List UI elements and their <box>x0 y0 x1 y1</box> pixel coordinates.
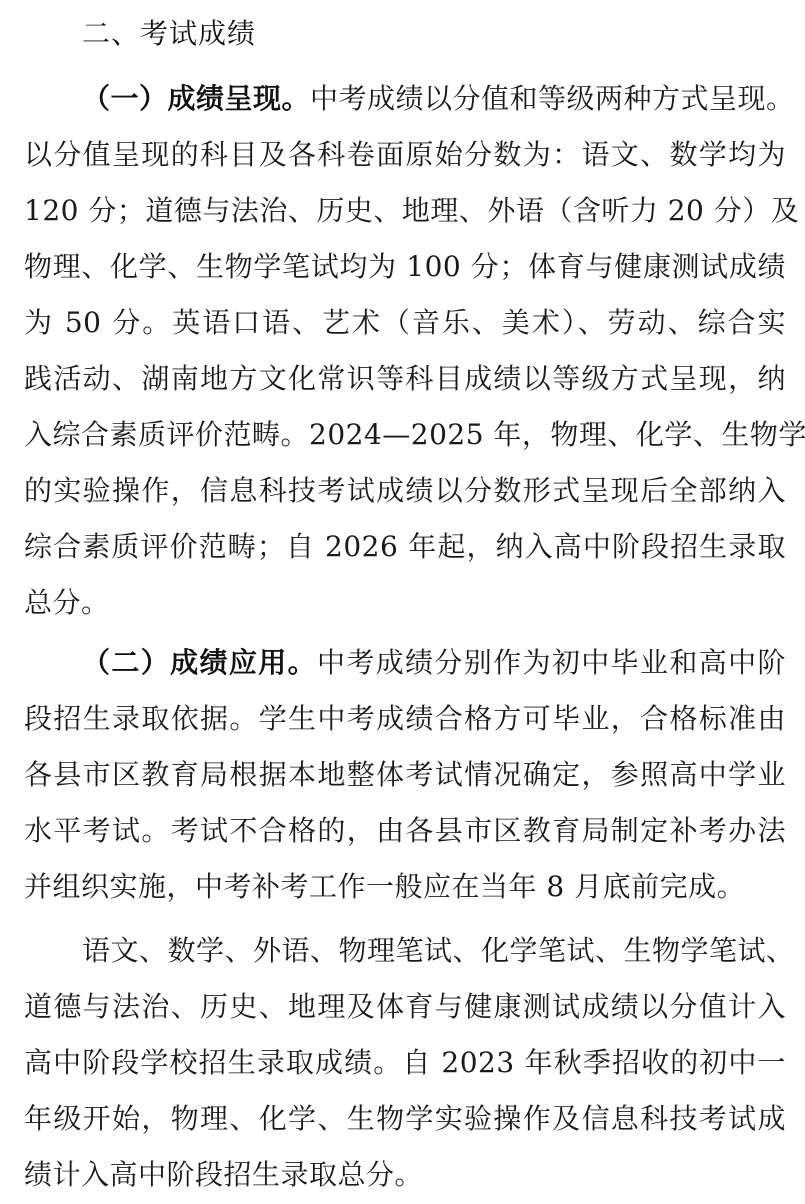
paragraph-line: 120 分；道德与法治、历史、地理、外语（含听力 20 分）及 <box>24 191 786 231</box>
paragraph-line: 水平考试。考试不合格的，由各县市区教育局制定补考办法 <box>24 811 786 851</box>
paragraph-line: 绩计入高中阶段招生录取总分。 <box>24 1155 786 1195</box>
paragraph-line: 语文、数学、外语、物理笔试、化学笔试、生物学笔试、 <box>82 931 786 971</box>
paragraph-line: （一）成绩呈现。中考成绩以分值和等级两种方式呈现。 <box>82 79 786 119</box>
paragraph-line: 践活动、湖南地方文化常识等科目成绩以等级方式呈现，纳 <box>24 359 786 399</box>
paragraph-line: 的实验操作，信息科技考试成绩以分数形式呈现后全部纳入 <box>24 471 786 511</box>
paragraph-line: 总分。 <box>24 583 786 623</box>
paragraph-line: 高中阶段学校招生录取成绩。自 2023 年秋季招收的初中一 <box>24 1043 786 1083</box>
subsection-title: （二）成绩应用。 <box>82 646 317 679</box>
paragraph-line: 综合素质评价范畴；自 2026 年起，纳入高中阶段招生录取 <box>24 527 786 567</box>
paragraph-line: 道德与法治、历史、地理及体育与健康测试成绩以分值计入 <box>24 987 786 1027</box>
paragraph-line: 各县市区教育局根据本地整体考试情况确定，参照高中学业 <box>24 755 786 795</box>
paragraph-line: 以分值呈现的科目及各科卷面原始分数为：语文、数学均为 <box>24 135 786 175</box>
paragraph-line: 段招生录取依据。学生中考成绩合格方可毕业，合格标准由 <box>24 699 786 739</box>
paragraph-line: 入综合素质评价范畴。2024—2025 年，物理、化学、生物学 <box>24 415 786 455</box>
section-heading: 二、考试成绩 <box>82 14 256 54</box>
paragraph-line: 物理、化学、生物学笔试均为 100 分；体育与健康测试成绩 <box>24 247 786 287</box>
paragraph-line: 年级开始，物理、化学、生物学实验操作及信息科技考试成 <box>24 1099 786 1139</box>
paragraph-line: 为 50 分。英语口语、艺术（音乐、美术）、劳动、综合实 <box>24 303 786 343</box>
paragraph-line: （二）成绩应用。中考成绩分别作为初中毕业和高中阶 <box>82 643 786 683</box>
paragraph-line: 并组织实施，中考补考工作一般应在当年 8 月底前完成。 <box>24 867 786 907</box>
subsection-title: （一）成绩呈现。 <box>82 82 310 115</box>
